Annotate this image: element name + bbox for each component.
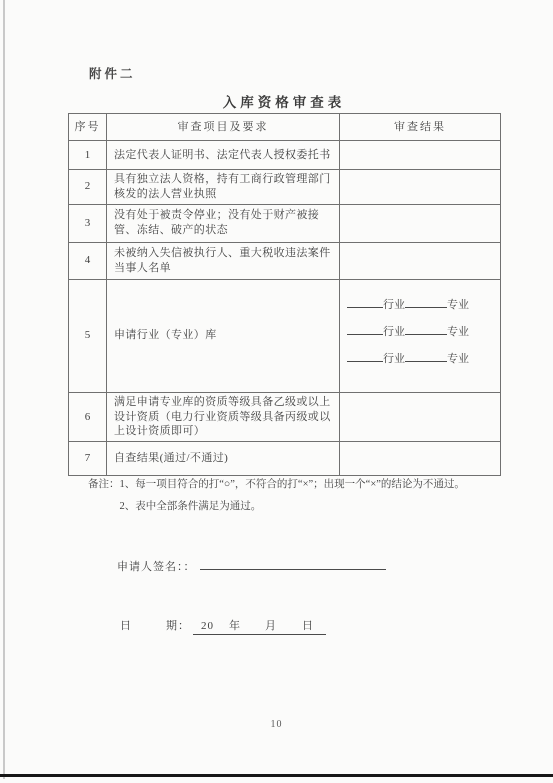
- table-row-4: 4 未被纳入失信被执行人、重大税收违法案件当事人名单: [69, 242, 501, 279]
- table-row-2: 2 具有独立法人资格，持有工商行政管理部门核发的法人营业执照: [69, 170, 501, 205]
- attachment-label: 附件二: [89, 64, 136, 82]
- industry-blank-line[interactable]: [347, 349, 383, 362]
- row-no: 4: [69, 242, 107, 279]
- industry-specialty-line: 行业专业: [347, 322, 493, 338]
- page-title: 入库资格审查表: [68, 91, 500, 111]
- date-year-suffix: 年: [229, 617, 241, 633]
- table-row-5: 5 申请行业（专业）库 行业专业 行业专业 行业专业: [69, 279, 501, 392]
- industry-specialty-line: 行业专业: [347, 295, 493, 311]
- col-header-result: 审查结果: [340, 114, 501, 141]
- row-no: 2: [69, 170, 107, 205]
- page-number: 10: [0, 719, 553, 730]
- col-header-item: 审查项目及要求: [107, 114, 340, 141]
- row-item: 满足申请专业库的资质等级具备乙级或以上设计资质（电力行业资质等级具备丙级或以上设…: [107, 392, 340, 442]
- date-qi-label: 期：: [166, 620, 190, 632]
- row-no: 5: [69, 279, 107, 392]
- scanned-document-page: 附件二 入库资格审查表 序号 审查项目及要求 审查结果 1 法定代表人证明书、法…: [0, 0, 553, 783]
- row-result: [340, 392, 501, 442]
- notes-label: 备注：: [88, 480, 120, 512]
- date-day-label: 日: [120, 620, 132, 632]
- note-line-2: 2、表中全部条件满足为通过。: [120, 502, 465, 513]
- applicant-signature-line: 申请人签名：：: [117, 556, 386, 574]
- date-day-suffix: 日: [302, 617, 314, 633]
- date-year-prefix: 20: [201, 620, 214, 632]
- review-table: 序号 审查项目及要求 审查结果 1 法定代表人证明书、法定代表人授权委托书 2 …: [68, 113, 501, 476]
- row-item: 申请行业（专业）库: [107, 279, 340, 392]
- specialty-label: 专业: [447, 299, 469, 311]
- row-no: 1: [69, 141, 107, 170]
- table-row-6: 6 满足申请专业库的资质等级具备乙级或以上设计资质（电力行业资质等级具备丙级或以…: [69, 392, 501, 442]
- signature-label: 申请人签名：：: [117, 561, 196, 573]
- table-header-row: 序号 审查项目及要求 审查结果: [69, 114, 501, 141]
- table-row-7: 7 自查结果(通过/不通过): [69, 442, 501, 476]
- notes-content: 1、每一项目符合的打“○”，不符合的打“×”；出现一个“×”的结论为不通过。 2…: [120, 480, 465, 512]
- notes-block: 备注： 1、每一项目符合的打“○”，不符合的打“×”；出现一个“×”的结论为不通…: [88, 480, 465, 512]
- row-result: [340, 170, 501, 205]
- row-no: 3: [69, 204, 107, 242]
- industry-specialty-line: 行业专业: [347, 349, 493, 365]
- industry-label: 行业: [383, 326, 405, 338]
- specialty-blank-line[interactable]: [405, 322, 447, 335]
- industry-label: 行业: [383, 299, 405, 311]
- row-result: [340, 141, 501, 170]
- row-item: 具有独立法人资格，持有工商行政管理部门核发的法人营业执照: [107, 170, 340, 205]
- date-month-suffix: 月: [265, 617, 277, 633]
- row-item: 法定代表人证明书、法定代表人授权委托书: [107, 141, 340, 170]
- scan-edge-line: [3, 0, 5, 779]
- scan-bottom-edge: [0, 774, 553, 777]
- row-result: [340, 442, 501, 476]
- specialty-blank-line[interactable]: [405, 349, 447, 362]
- signature-blank-line[interactable]: [200, 556, 386, 570]
- industry-blank-line[interactable]: [347, 295, 383, 308]
- specialty-blank-line[interactable]: [405, 295, 447, 308]
- industry-label: 行业: [383, 353, 405, 365]
- col-header-no: 序号: [69, 114, 107, 141]
- note-line-1: 1、每一项目符合的打“○”，不符合的打“×”；出现一个“×”的结论为不通过。: [120, 480, 465, 491]
- row-item: 未被纳入失信被执行人、重大税收违法案件当事人名单: [107, 242, 340, 279]
- row-result-fill-in: 行业专业 行业专业 行业专业: [340, 279, 501, 392]
- row-no: 7: [69, 442, 107, 476]
- specialty-label: 专业: [447, 353, 469, 365]
- specialty-label: 专业: [447, 326, 469, 338]
- row-no: 6: [69, 392, 107, 442]
- row-item: 自查结果(通过/不通过): [107, 442, 340, 476]
- date-blank-line[interactable]: 20年月日: [193, 617, 326, 635]
- row-item: 没有处于被责令停业；没有处于财产被接管、冻结、破产的状态: [107, 204, 340, 242]
- date-line: 日期：20年月日: [120, 617, 326, 635]
- table-row-3: 3 没有处于被责令停业；没有处于财产被接管、冻结、破产的状态: [69, 204, 501, 242]
- row-result: [340, 204, 501, 242]
- table-row-1: 1 法定代表人证明书、法定代表人授权委托书: [69, 141, 501, 170]
- row-result: [340, 242, 501, 279]
- industry-blank-line[interactable]: [347, 322, 383, 335]
